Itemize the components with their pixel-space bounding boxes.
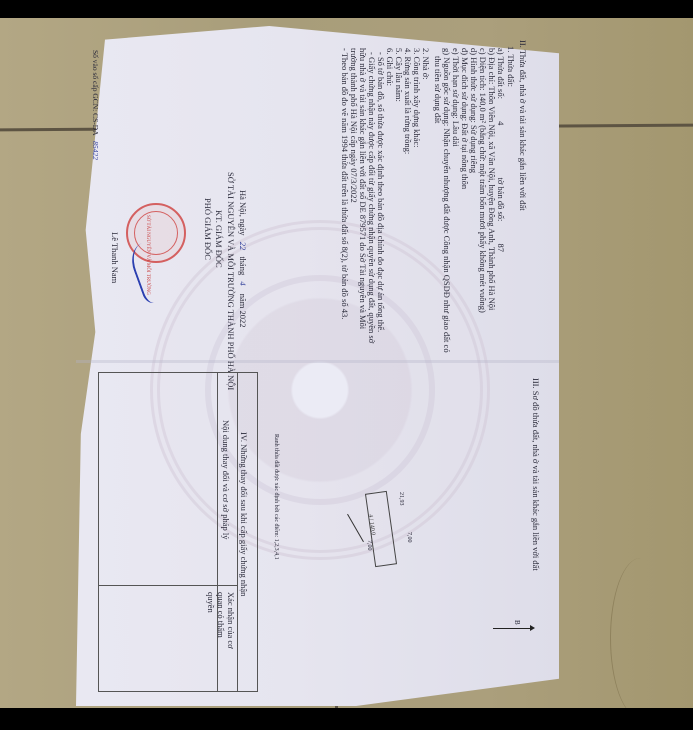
date-month-label: tháng bbox=[238, 256, 248, 275]
item6-notes-label: 6. Ghi chú: bbox=[385, 48, 395, 86]
table-col-authority-confirmation: Xác nhận của cơ quan có thẩm quyền bbox=[206, 592, 236, 654]
table-col-change-content: Nội dung thay đổi và cơ sở pháp lý bbox=[221, 420, 231, 539]
north-arrow-icon bbox=[493, 628, 533, 629]
date-day: 22 bbox=[238, 242, 248, 251]
usage-purpose-line: đ) Mục đích sử dụng: Đất ở tại nông thôn bbox=[460, 48, 470, 189]
usage-form-line: d) Hình thức sử dụng: Sử dụng riêng bbox=[469, 48, 479, 173]
address-line: b) Địa chỉ: Thôn Viên Nội, xã Vân Nội, h… bbox=[487, 48, 497, 310]
date-prefix: Hà Nội, ngày bbox=[238, 190, 248, 236]
item2-house: 2. Nhà ở: bbox=[421, 48, 431, 80]
usage-term-line: e) Thời hạn sử dụng: Lâu dài bbox=[451, 48, 461, 147]
parcel-number-line: a) Thửa đất số: 4 tờ bản đồ số: 87 bbox=[496, 48, 506, 252]
floor-crack bbox=[610, 558, 671, 718]
section-ii-title: II. Thửa đất, nhà ở và tài sản khác gắn … bbox=[518, 40, 528, 211]
register-label: Số vào sổ cấp GCN: CS-DA bbox=[91, 50, 100, 135]
signer-name: Lê Thanh Nam bbox=[110, 232, 120, 283]
top-letterbox-bar bbox=[0, 0, 693, 18]
parcel-number-label: a) Thửa đất số: bbox=[496, 48, 506, 99]
issuing-agency: SỞ TÀI NGUYÊN VÀ MÔI TRƯỜNG THÀNH PHỐ HÀ… bbox=[226, 172, 236, 390]
table-header-divider bbox=[237, 373, 238, 691]
usage-origin-cont: thu tiền sử dụng đất bbox=[433, 56, 443, 123]
north-label: B bbox=[512, 620, 522, 625]
map-sheet-label: tờ bản đồ số: bbox=[496, 177, 506, 221]
section-iv-title: IV. Những thay đổi sau khi cấp giấy chứn… bbox=[239, 432, 249, 596]
item3-other-construction: 3. Công trình xây dựng khác: bbox=[412, 48, 422, 148]
map-sheet-value: 87 bbox=[496, 244, 506, 253]
edge-length-right: 7,00 bbox=[404, 532, 414, 543]
note-line-1: - Số tờ bản đồ, số thửa được xác định th… bbox=[376, 52, 386, 332]
note-line-3: hữu nhà ở và tài sản khác gắn liền với đ… bbox=[358, 48, 368, 329]
note-line-5: - Theo bản đồ đo vẽ năm 1994 thửa đất tr… bbox=[340, 48, 350, 319]
usage-origin-line: g) Nguồn gốc sử dụng: Nhận chuyển nhượng… bbox=[442, 48, 452, 353]
item5-perennial-trees: 5. Cây lâu năm: bbox=[394, 48, 404, 102]
area-line: c) Diện tích: 140,0 m² (bằng chữ: một tr… bbox=[478, 48, 488, 313]
note-line-4: trường thành phố Hà Nội cấp ngày 07/3/20… bbox=[349, 48, 359, 203]
bottom-letterbox-bar bbox=[0, 708, 693, 730]
section-iii-title: III. Sơ đồ thửa đất, nhà ở và tài sản kh… bbox=[531, 378, 541, 571]
parcel-diagram-number: 4 bbox=[367, 514, 373, 518]
kt-director: KT. GIÁM ĐỐC bbox=[214, 210, 224, 268]
item4-forest: 4. Rừng sản xuất là rừng trồng: bbox=[403, 48, 413, 154]
date-year: năm 2022 bbox=[238, 294, 248, 328]
note-line-2: - Giấy chứng nhận này được cấp đổi từ gi… bbox=[367, 52, 377, 343]
date-line: Hà Nội, ngày 22 tháng 4 năm 2022 bbox=[238, 190, 248, 327]
register-number-line: Số vào sổ cấp GCN: CS-DA 85422 bbox=[90, 50, 100, 160]
edge-length-left: 7,00 bbox=[364, 540, 374, 551]
parcel-boundary-footnote: Ranh thửa đất được xác định bởi các điểm… bbox=[271, 434, 281, 560]
edge-length-top: 21,93 bbox=[396, 492, 406, 506]
deputy-director-title: PHÓ GIÁM ĐỐC bbox=[203, 198, 213, 260]
item1-label: 1. Thửa đất: bbox=[506, 46, 516, 87]
parcel-diagram-area: 140,0 bbox=[368, 522, 376, 536]
parcel-number-value: 4 bbox=[496, 121, 506, 125]
table-column-divider bbox=[99, 585, 237, 586]
paper-fold bbox=[76, 360, 559, 363]
date-month: 4 bbox=[238, 281, 248, 285]
register-value: 85422 bbox=[91, 141, 100, 160]
